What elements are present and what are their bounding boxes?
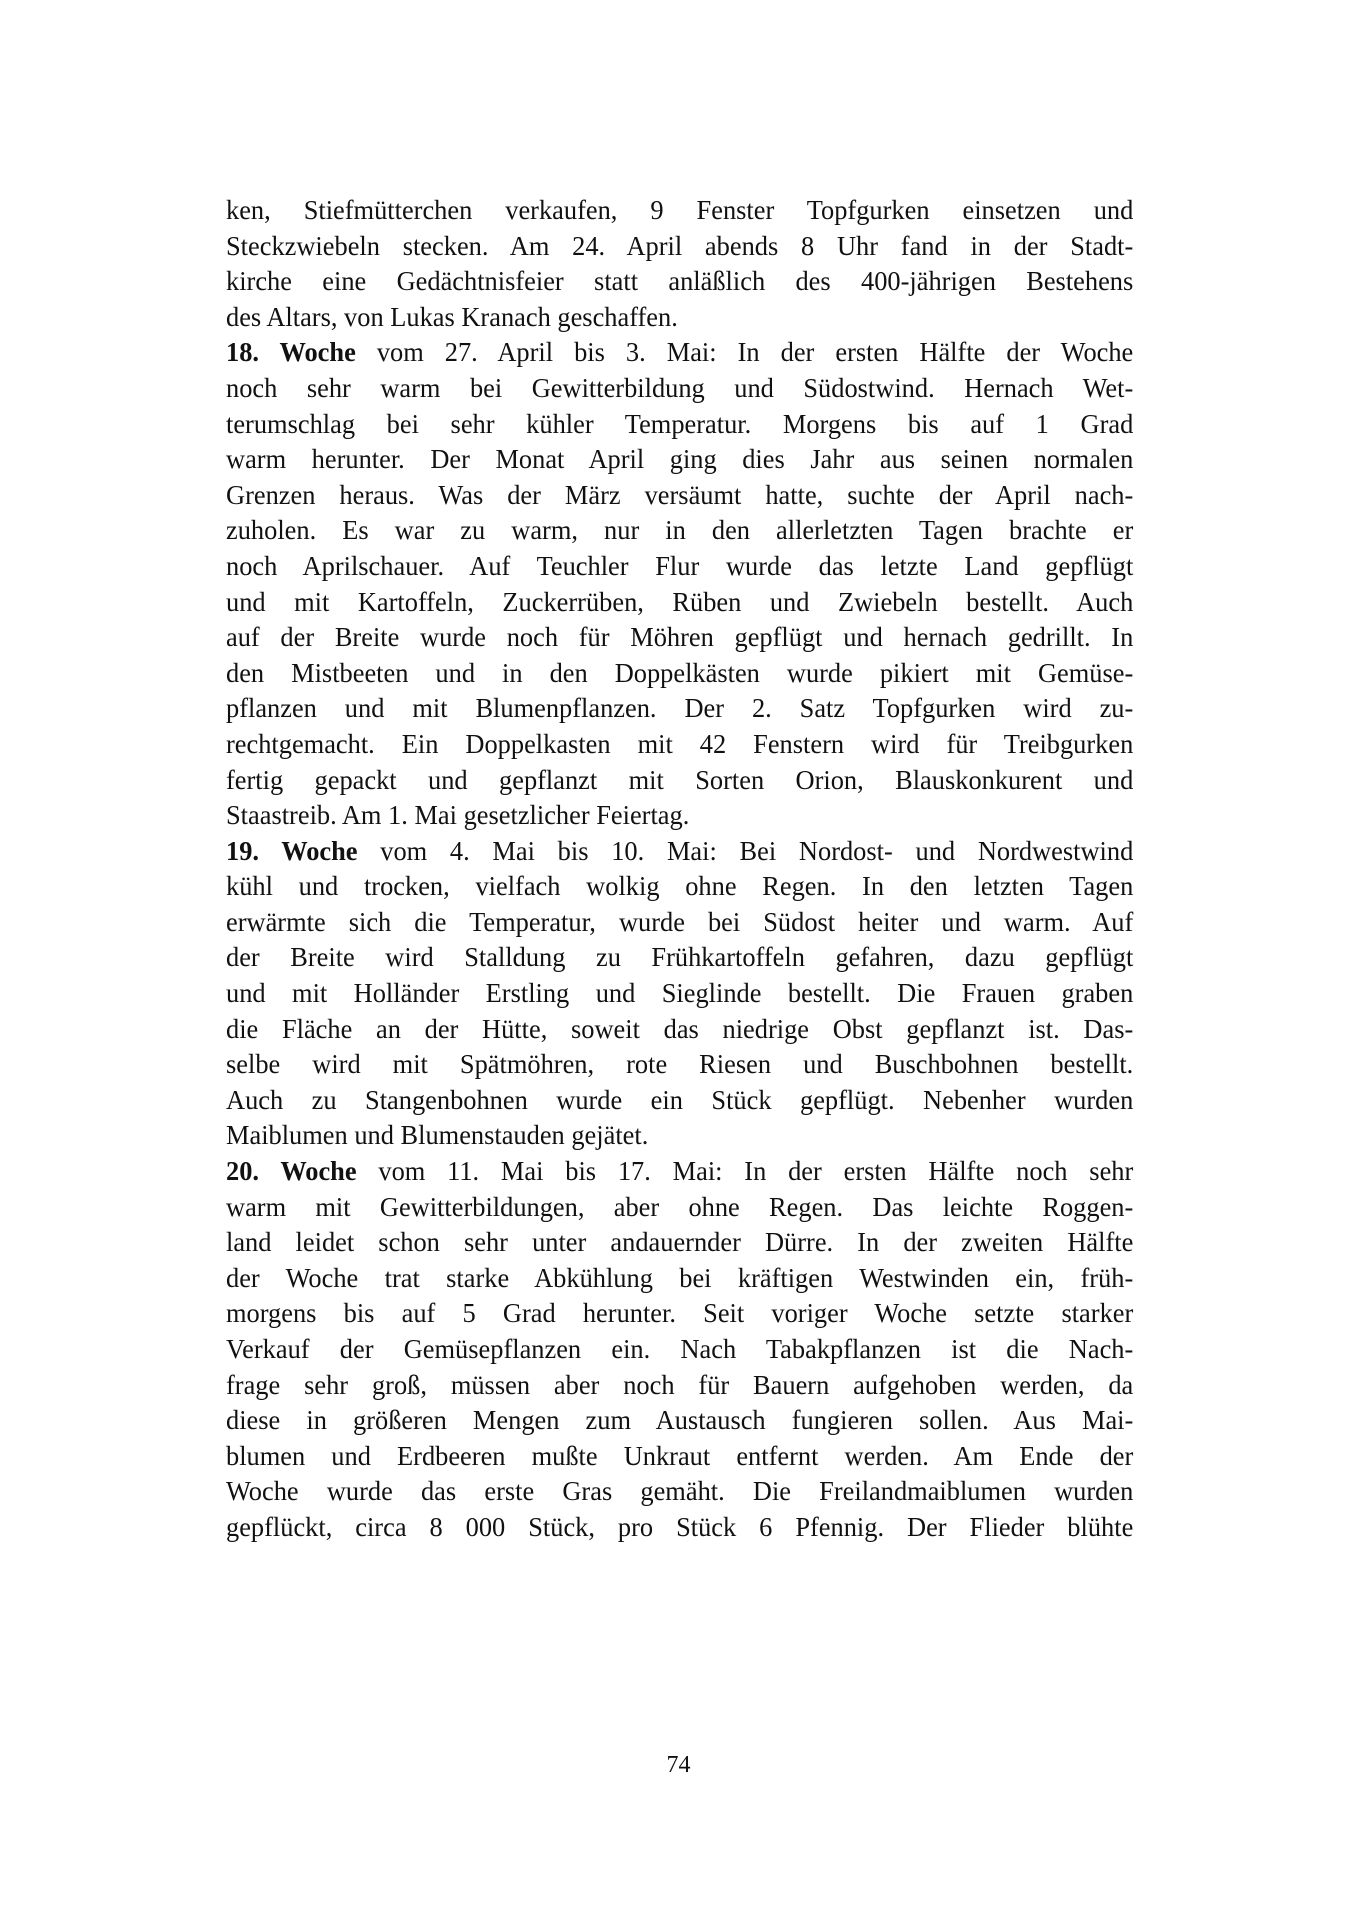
week-label: 20. Woche <box>226 1155 357 1186</box>
line-text: pflanzen und mit Blumenpflanzen. Der 2. … <box>226 692 1133 723</box>
line-text: vom 27. April bis 3. Mai: In der ersten … <box>356 336 1133 367</box>
line-text: ken, Stiefmütterchen verkaufen, 9 Fenste… <box>226 194 1133 225</box>
line-text: der Breite wird Stalldung zu Frühkartoff… <box>226 941 1133 972</box>
line-text: erwärmte sich die Temperatur, wurde bei … <box>226 906 1133 937</box>
text-line: ken, Stiefmütterchen verkaufen, 9 Fenste… <box>226 192 1133 228</box>
line-text: Verkauf der Gemüsepflanzen ein. Nach Tab… <box>226 1333 1133 1364</box>
text-line: der Breite wird Stalldung zu Frühkartoff… <box>226 939 1133 975</box>
line-text: Woche wurde das erste Gras gemäht. Die F… <box>226 1475 1133 1506</box>
line-text: vom 11. Mai bis 17. Mai: In der ersten H… <box>357 1155 1134 1186</box>
text-line: gepflückt, circa 8 000 Stück, pro Stück … <box>226 1509 1133 1545</box>
text-line: fertig gepackt und gepflanzt mit Sorten … <box>226 762 1133 798</box>
text-line: Maiblumen und Blumenstauden gejätet. <box>226 1117 1133 1153</box>
text-line: Auch zu Stangenbohnen wurde ein Stück ge… <box>226 1082 1133 1118</box>
text-line: zuholen. Es war zu warm, nur in den alle… <box>226 512 1133 548</box>
line-text: Grenzen heraus. Was der März versäumt ha… <box>226 479 1133 510</box>
line-text: zuholen. Es war zu warm, nur in den alle… <box>226 514 1133 545</box>
text-line: Verkauf der Gemüsepflanzen ein. Nach Tab… <box>226 1331 1133 1367</box>
text-line: Staastreib. Am 1. Mai gesetzlicher Feier… <box>226 797 1133 833</box>
line-text: Steckzwiebeln stecken. Am 24. April aben… <box>226 230 1133 261</box>
line-text: vom 4. Mai bis 10. Mai: Bei Nordost- und… <box>358 835 1134 866</box>
week-heading-line: 20. Woche vom 11. Mai bis 17. Mai: In de… <box>226 1153 1133 1189</box>
text-line: warm mit Gewitterbildungen, aber ohne Re… <box>226 1189 1133 1225</box>
line-text: auf der Breite wurde noch für Möhren gep… <box>226 621 1133 652</box>
body-text: ken, Stiefmütterchen verkaufen, 9 Fenste… <box>226 192 1133 1545</box>
line-text: und mit Kartoffeln, Zuckerrüben, Rüben u… <box>226 586 1133 617</box>
line-text: Maiblumen und Blumenstauden gejätet. <box>226 1119 648 1150</box>
line-text: rechtgemacht. Ein Doppelkasten mit 42 Fe… <box>226 728 1133 759</box>
line-text: und mit Holländer Erstling und Sieglinde… <box>226 977 1133 1008</box>
text-line: land leidet schon sehr unter andauernder… <box>226 1224 1133 1260</box>
line-text: selbe wird mit Spätmöhren, rote Riesen u… <box>226 1048 1133 1079</box>
line-text: den Mistbeeten und in den Doppelkästen w… <box>226 657 1133 688</box>
line-text: blumen und Erdbeeren mußte Unkraut entfe… <box>226 1440 1133 1471</box>
week-label: 19. Woche <box>226 835 358 866</box>
text-line: des Altars, von Lukas Kranach geschaffen… <box>226 299 1133 335</box>
text-line: diese in größeren Mengen zum Austausch f… <box>226 1402 1133 1438</box>
text-line: auf der Breite wurde noch für Möhren gep… <box>226 619 1133 655</box>
line-text: kirche eine Gedächtnisfeier statt anläßl… <box>226 265 1133 296</box>
text-line: rechtgemacht. Ein Doppelkasten mit 42 Fe… <box>226 726 1133 762</box>
text-line: Grenzen heraus. Was der März versäumt ha… <box>226 477 1133 513</box>
line-text: des Altars, von Lukas Kranach geschaffen… <box>226 301 678 332</box>
text-line: blumen und Erdbeeren mußte Unkraut entfe… <box>226 1438 1133 1474</box>
line-text: kühl und trocken, vielfach wolkig ohne R… <box>226 870 1133 901</box>
line-text: fertig gepackt und gepflanzt mit Sorten … <box>226 764 1133 795</box>
line-text: die Fläche an der Hütte, soweit das nied… <box>226 1013 1133 1044</box>
line-text: diese in größeren Mengen zum Austausch f… <box>226 1404 1133 1435</box>
week-heading-line: 18. Woche vom 27. April bis 3. Mai: In d… <box>226 334 1133 370</box>
line-text: Auch zu Stangenbohnen wurde ein Stück ge… <box>226 1084 1133 1115</box>
line-text: warm mit Gewitterbildungen, aber ohne Re… <box>226 1191 1133 1222</box>
week-label: 18. Woche <box>226 336 356 367</box>
line-text: warm herunter. Der Monat April ging dies… <box>226 443 1133 474</box>
text-line: und mit Holländer Erstling und Sieglinde… <box>226 975 1133 1011</box>
line-text: Staastreib. Am 1. Mai gesetzlicher Feier… <box>226 799 689 830</box>
text-line: und mit Kartoffeln, Zuckerrüben, Rüben u… <box>226 584 1133 620</box>
text-line: morgens bis auf 5 Grad herunter. Seit vo… <box>226 1295 1133 1331</box>
text-line: noch sehr warm bei Gewitterbildung und S… <box>226 370 1133 406</box>
page-number: 74 <box>0 1750 1357 1780</box>
line-text: noch sehr warm bei Gewitterbildung und S… <box>226 372 1133 403</box>
text-line: kühl und trocken, vielfach wolkig ohne R… <box>226 868 1133 904</box>
line-text: morgens bis auf 5 Grad herunter. Seit vo… <box>226 1297 1133 1328</box>
text-line: erwärmte sich die Temperatur, wurde bei … <box>226 904 1133 940</box>
week-heading-line: 19. Woche vom 4. Mai bis 10. Mai: Bei No… <box>226 833 1133 869</box>
line-text: noch Aprilschauer. Auf Teuchler Flur wur… <box>226 550 1133 581</box>
text-line: Woche wurde das erste Gras gemäht. Die F… <box>226 1473 1133 1509</box>
text-line: kirche eine Gedächtnisfeier statt anläßl… <box>226 263 1133 299</box>
line-text: der Woche trat starke Abkühlung bei kräf… <box>226 1262 1133 1293</box>
text-line: selbe wird mit Spätmöhren, rote Riesen u… <box>226 1046 1133 1082</box>
line-text: land leidet schon sehr unter andauernder… <box>226 1226 1133 1257</box>
line-text: gepflückt, circa 8 000 Stück, pro Stück … <box>226 1511 1133 1542</box>
text-line: noch Aprilschauer. Auf Teuchler Flur wur… <box>226 548 1133 584</box>
text-line: die Fläche an der Hütte, soweit das nied… <box>226 1011 1133 1047</box>
text-line: warm herunter. Der Monat April ging dies… <box>226 441 1133 477</box>
line-text: frage sehr groß, müssen aber noch für Ba… <box>226 1369 1133 1400</box>
text-line: den Mistbeeten und in den Doppelkästen w… <box>226 655 1133 691</box>
text-line: frage sehr groß, müssen aber noch für Ba… <box>226 1367 1133 1403</box>
text-line: terumschlag bei sehr kühler Temperatur. … <box>226 406 1133 442</box>
document-page: ken, Stiefmütterchen verkaufen, 9 Fenste… <box>0 0 1357 1920</box>
line-text: terumschlag bei sehr kühler Temperatur. … <box>226 408 1133 439</box>
text-line: der Woche trat starke Abkühlung bei kräf… <box>226 1260 1133 1296</box>
text-line: pflanzen und mit Blumenpflanzen. Der 2. … <box>226 690 1133 726</box>
text-line: Steckzwiebeln stecken. Am 24. April aben… <box>226 228 1133 264</box>
